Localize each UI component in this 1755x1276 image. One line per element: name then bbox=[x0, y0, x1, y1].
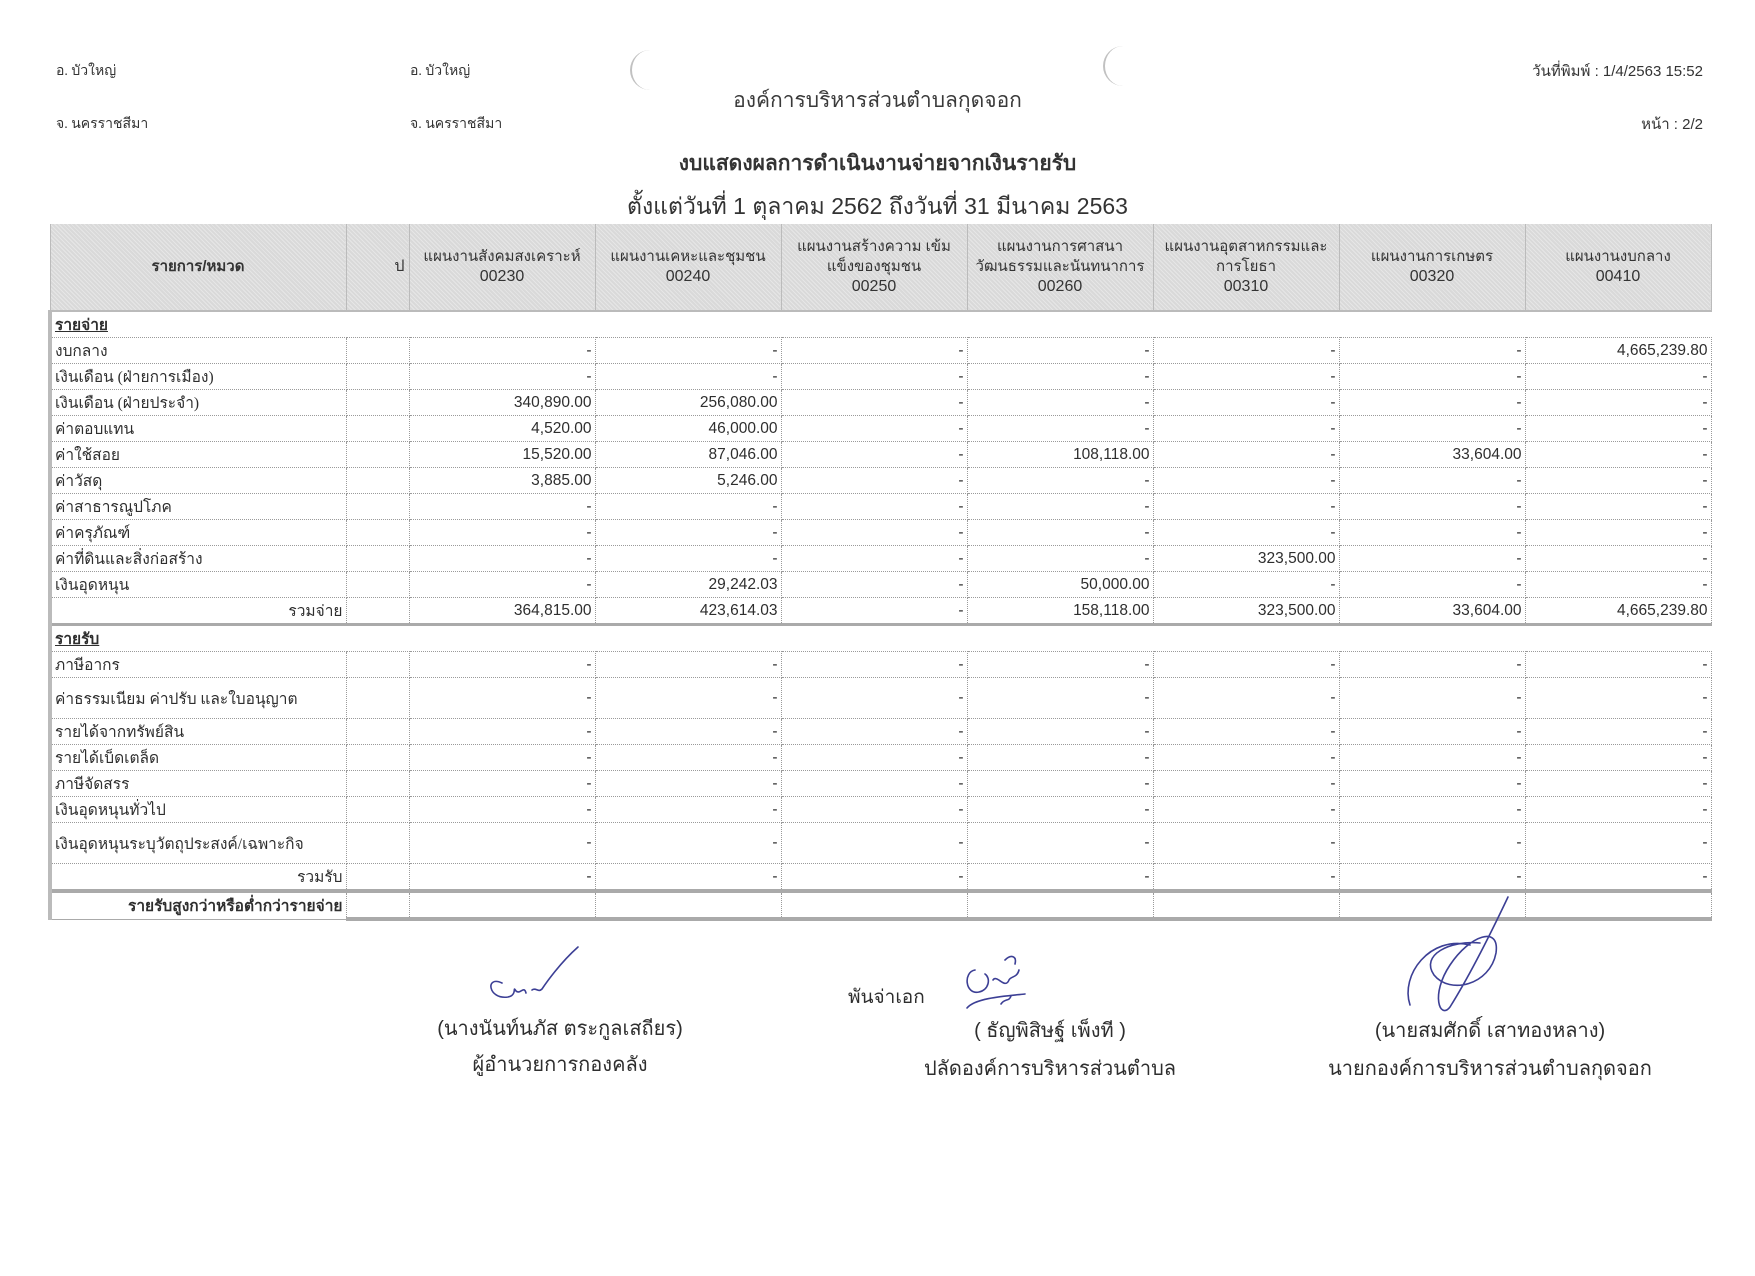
amount-cell: 323,500.00 bbox=[1153, 598, 1339, 625]
amount-cell: - bbox=[967, 364, 1153, 390]
amount-cell: - bbox=[1153, 652, 1339, 678]
amount-cell: - bbox=[409, 864, 595, 892]
amount-cell: - bbox=[781, 652, 967, 678]
column-header-code: 00310 bbox=[1158, 277, 1335, 297]
amount-cell: - bbox=[1339, 338, 1525, 364]
table-row: เงินอุดหนุน-29,242.03-50,000.00--- bbox=[50, 572, 1711, 598]
column-header-00240: แผนงานเคหะและชุมชน00240 bbox=[595, 224, 781, 311]
amount-cell: - bbox=[781, 771, 967, 797]
amount-cell: - bbox=[1339, 864, 1525, 892]
row-label: รวมรับ bbox=[50, 864, 346, 892]
amount-cell: - bbox=[967, 520, 1153, 546]
amount-cell: - bbox=[595, 546, 781, 572]
p-cell bbox=[346, 598, 409, 625]
amount-cell: - bbox=[781, 468, 967, 494]
column-header-00230: แผนงานสังคมสงเคราะห์00230 bbox=[409, 224, 595, 311]
column-header-00250: แผนงานสร้างความ เข้มแข็งของชุมชน00250 bbox=[781, 224, 967, 311]
signer-2-name: ( ธัญพิสิษฐ์ เพ็งที ) bbox=[880, 1014, 1220, 1048]
column-header-00320: แผนงานการเกษตร00320 bbox=[1339, 224, 1525, 311]
table-row: รวมรับ------- bbox=[50, 864, 1711, 892]
signer-3-name: (นายสมศักดิ์ เสาทองหลาง) bbox=[1300, 1014, 1680, 1048]
p-cell bbox=[346, 797, 409, 823]
amount-cell: - bbox=[1153, 338, 1339, 364]
row-label: เงินเดือน (ฝ่ายประจำ) bbox=[50, 390, 346, 416]
amount-cell: - bbox=[781, 823, 967, 864]
amount-cell: - bbox=[1339, 678, 1525, 719]
amount-cell: - bbox=[1339, 823, 1525, 864]
signature-finance-director bbox=[480, 945, 600, 1005]
amount-cell: - bbox=[595, 652, 781, 678]
amount-cell: - bbox=[1525, 390, 1711, 416]
amount-cell: - bbox=[781, 416, 967, 442]
amount-cell: - bbox=[1339, 745, 1525, 771]
table-row: ภาษีอากร------- bbox=[50, 652, 1711, 678]
amount-cell: - bbox=[1339, 719, 1525, 745]
table-row: ค่าวัสดุ3,885.005,246.00----- bbox=[50, 468, 1711, 494]
table-row: ภาษีจัดสรร------- bbox=[50, 771, 1711, 797]
amount-cell: - bbox=[1525, 771, 1711, 797]
amount-cell: 256,080.00 bbox=[595, 390, 781, 416]
table-row: เงินอุดหนุนระบุวัตถุประสงค์/เฉพาะกิจ----… bbox=[50, 823, 1711, 864]
amount-cell: - bbox=[1153, 678, 1339, 719]
amount-cell: - bbox=[1525, 823, 1711, 864]
amount-cell: - bbox=[781, 364, 967, 390]
amount-cell: 33,604.00 bbox=[1339, 598, 1525, 625]
amount-cell: 15,520.00 bbox=[409, 442, 595, 468]
amount-cell: - bbox=[1153, 719, 1339, 745]
amount-cell: 4,665,239.80 bbox=[1525, 338, 1711, 364]
row-label: เงินอุดหนุนทั่วไป bbox=[50, 797, 346, 823]
column-header-00310: แผนงานอุตสาหกรรมและ การโยธา00310 bbox=[1153, 224, 1339, 311]
p-cell bbox=[346, 678, 409, 719]
amount-cell: - bbox=[409, 572, 595, 598]
amount-cell: - bbox=[781, 572, 967, 598]
amount-cell: - bbox=[595, 745, 781, 771]
amount-cell: - bbox=[409, 823, 595, 864]
amount-cell: - bbox=[409, 494, 595, 520]
p-cell bbox=[346, 652, 409, 678]
row-label: งบกลาง bbox=[50, 338, 346, 364]
amount-cell: - bbox=[1153, 771, 1339, 797]
amount-cell: 4,665,239.80 bbox=[1525, 598, 1711, 625]
amount-cell: - bbox=[1339, 771, 1525, 797]
amount-cell: 340,890.00 bbox=[409, 390, 595, 416]
amount-cell: - bbox=[1339, 520, 1525, 546]
amount-cell: - bbox=[781, 745, 967, 771]
organization-name: องค์การบริหารส่วนตำบลกุดจอก bbox=[0, 84, 1755, 117]
amount-cell: - bbox=[409, 546, 595, 572]
row-label: ค่าธรรมเนียม ค่าปรับ และใบอนุญาต bbox=[50, 678, 346, 719]
table-row: ค่าใช้สอย15,520.0087,046.00-108,118.00-3… bbox=[50, 442, 1711, 468]
amount-cell: - bbox=[1525, 678, 1711, 719]
amount-cell: - bbox=[1339, 572, 1525, 598]
row-label: รายรับสูงกว่าหรือต่ำกว่ารายจ่าย bbox=[50, 891, 346, 919]
amount-cell: - bbox=[1153, 823, 1339, 864]
amount-cell: - bbox=[1153, 797, 1339, 823]
column-header-code: 00250 bbox=[786, 277, 963, 297]
amount-cell: - bbox=[781, 864, 967, 892]
punch-hole-mark bbox=[1103, 46, 1133, 86]
p-cell bbox=[346, 520, 409, 546]
amount-cell bbox=[1153, 891, 1339, 919]
row-label: รายได้จากทรัพย์สิน bbox=[50, 719, 346, 745]
amount-cell: - bbox=[967, 494, 1153, 520]
amount-cell: - bbox=[967, 416, 1153, 442]
table-row: ค่าธรรมเนียม ค่าปรับ และใบอนุญาต------- bbox=[50, 678, 1711, 719]
signature-chief-administrator bbox=[945, 950, 1055, 1020]
amount-cell: - bbox=[1525, 494, 1711, 520]
amount-cell: - bbox=[409, 745, 595, 771]
amount-cell: - bbox=[1339, 468, 1525, 494]
section-header-row: รายจ่าย bbox=[50, 311, 1711, 338]
column-header-name: แผนงานงบกลาง bbox=[1530, 247, 1707, 267]
amount-cell: - bbox=[1525, 572, 1711, 598]
district-left: อ. บัวใหญ่ bbox=[56, 60, 116, 82]
amount-cell: - bbox=[781, 598, 967, 625]
row-label: ภาษีจัดสรร bbox=[50, 771, 346, 797]
section-label: รายจ่าย bbox=[50, 311, 346, 338]
section-header-row: รายรับ bbox=[50, 625, 1711, 652]
amount-cell bbox=[595, 891, 781, 919]
amount-cell: - bbox=[409, 520, 595, 546]
row-label: ค่าตอบแทน bbox=[50, 416, 346, 442]
p-cell bbox=[346, 364, 409, 390]
p-cell bbox=[346, 823, 409, 864]
amount-cell: - bbox=[409, 678, 595, 719]
amount-cell: - bbox=[967, 797, 1153, 823]
amount-cell: - bbox=[781, 520, 967, 546]
row-label: ค่าสาธารณูปโภค bbox=[50, 494, 346, 520]
amount-cell: - bbox=[1153, 745, 1339, 771]
amount-cell bbox=[781, 891, 967, 919]
table-row: ค่าครุภัณฑ์------- bbox=[50, 520, 1711, 546]
amount-cell: - bbox=[1153, 520, 1339, 546]
amount-cell: - bbox=[1525, 652, 1711, 678]
section-fill bbox=[346, 625, 1711, 652]
amount-cell: - bbox=[1153, 468, 1339, 494]
row-label: เงินอุดหนุนระบุวัตถุประสงค์/เฉพาะกิจ bbox=[50, 823, 346, 864]
report-title: งบแสดงผลการดำเนินงานจ่ายจากเงินรายรับ bbox=[0, 147, 1755, 180]
amount-cell: - bbox=[409, 797, 595, 823]
column-header-code: 00260 bbox=[972, 277, 1149, 297]
p-cell bbox=[346, 390, 409, 416]
amount-cell: - bbox=[781, 338, 967, 364]
amount-cell: 423,614.03 bbox=[595, 598, 781, 625]
amount-cell: - bbox=[1525, 546, 1711, 572]
p-cell bbox=[346, 546, 409, 572]
amount-cell: - bbox=[1153, 572, 1339, 598]
column-header-category: รายการ/หมวด bbox=[50, 224, 346, 311]
row-label: รายได้เบ็ดเตล็ด bbox=[50, 745, 346, 771]
amount-cell: - bbox=[1339, 364, 1525, 390]
amount-cell: - bbox=[1525, 864, 1711, 892]
amount-cell: - bbox=[1339, 416, 1525, 442]
column-header-code: 00320 bbox=[1344, 267, 1521, 287]
amount-cell: - bbox=[967, 719, 1153, 745]
p-cell bbox=[346, 338, 409, 364]
amount-cell: - bbox=[1339, 390, 1525, 416]
amount-cell: - bbox=[781, 797, 967, 823]
amount-cell: - bbox=[967, 546, 1153, 572]
amount-cell: 29,242.03 bbox=[595, 572, 781, 598]
p-cell bbox=[346, 494, 409, 520]
row-label: ภาษีอากร bbox=[50, 652, 346, 678]
amount-cell: - bbox=[781, 546, 967, 572]
table-row: ค่าสาธารณูปโภค------- bbox=[50, 494, 1711, 520]
amount-cell: - bbox=[967, 864, 1153, 892]
amount-cell: - bbox=[595, 797, 781, 823]
table-row: ค่าที่ดินและสิ่งก่อสร้าง----323,500.00-- bbox=[50, 546, 1711, 572]
amount-cell: - bbox=[409, 771, 595, 797]
row-label: ค่าที่ดินและสิ่งก่อสร้าง bbox=[50, 546, 346, 572]
signature-mayor bbox=[1390, 895, 1540, 1020]
amount-cell: - bbox=[409, 652, 595, 678]
amount-cell: - bbox=[595, 494, 781, 520]
section-label: รายรับ bbox=[50, 625, 346, 652]
amount-cell: - bbox=[595, 520, 781, 546]
amount-cell: 323,500.00 bbox=[1153, 546, 1339, 572]
row-label: ค่าใช้สอย bbox=[50, 442, 346, 468]
amount-cell: - bbox=[1525, 520, 1711, 546]
table-row: รายได้จากทรัพย์สิน------- bbox=[50, 719, 1711, 745]
column-header-name: แผนงานเคหะและชุมชน bbox=[600, 247, 777, 267]
amount-cell: 158,118.00 bbox=[967, 598, 1153, 625]
amount-cell bbox=[409, 891, 595, 919]
amount-cell: - bbox=[1339, 494, 1525, 520]
section-fill bbox=[346, 311, 1711, 338]
amount-cell: - bbox=[1153, 416, 1339, 442]
table-header-row: รายการ/หมวด ป แผนงานสังคมสงเคราะห์00230แ… bbox=[50, 224, 1711, 311]
table-row: ค่าตอบแทน4,520.0046,000.00----- bbox=[50, 416, 1711, 442]
amount-cell: - bbox=[1153, 442, 1339, 468]
amount-cell: - bbox=[967, 771, 1153, 797]
amount-cell: - bbox=[1153, 364, 1339, 390]
table-row: เงินอุดหนุนทั่วไป------- bbox=[50, 797, 1711, 823]
amount-cell: - bbox=[967, 678, 1153, 719]
amount-cell: - bbox=[967, 745, 1153, 771]
amount-cell: - bbox=[1339, 652, 1525, 678]
amount-cell: - bbox=[409, 719, 595, 745]
amount-cell: - bbox=[1525, 364, 1711, 390]
p-cell bbox=[346, 468, 409, 494]
table-row: รวมจ่าย364,815.00423,614.03-158,118.0032… bbox=[50, 598, 1711, 625]
column-header-name: แผนงานสังคมสงเคราะห์ bbox=[414, 247, 591, 267]
amount-cell bbox=[1525, 891, 1711, 919]
amount-cell: - bbox=[781, 442, 967, 468]
column-header-name: แผนงานการศาสนา วัฒนธรรมและนันทนาการ bbox=[972, 237, 1149, 277]
amount-cell: - bbox=[1525, 719, 1711, 745]
amount-cell: - bbox=[781, 678, 967, 719]
report-table: รายการ/หมวด ป แผนงานสังคมสงเคราะห์00230แ… bbox=[48, 224, 1712, 921]
row-label: รวมจ่าย bbox=[50, 598, 346, 625]
amount-cell: - bbox=[1153, 864, 1339, 892]
column-header-00260: แผนงานการศาสนา วัฒนธรรมและนันทนาการ00260 bbox=[967, 224, 1153, 311]
signer-2-position: ปลัดองค์การบริหารส่วนตำบล bbox=[880, 1052, 1220, 1086]
p-cell bbox=[346, 416, 409, 442]
amount-cell: - bbox=[595, 864, 781, 892]
table-row: รายได้เบ็ดเตล็ด------- bbox=[50, 745, 1711, 771]
column-header-name: แผนงานสร้างความ เข้มแข็งของชุมชน bbox=[786, 237, 963, 277]
amount-cell: - bbox=[1153, 390, 1339, 416]
amount-cell: - bbox=[595, 364, 781, 390]
amount-cell bbox=[967, 891, 1153, 919]
column-header-name: แผนงานอุตสาหกรรมและ การโยธา bbox=[1158, 237, 1335, 277]
signer-2-rank: พันจ่าเอก bbox=[848, 981, 925, 1015]
amount-cell: - bbox=[781, 494, 967, 520]
p-cell bbox=[346, 864, 409, 892]
p-cell bbox=[346, 745, 409, 771]
signer-3-position: นายกองค์การบริหารส่วนตำบลกุดจอก bbox=[1300, 1052, 1680, 1086]
amount-cell: - bbox=[595, 771, 781, 797]
district-mid: อ. บัวใหญ่ bbox=[410, 60, 470, 82]
amount-cell: - bbox=[1153, 494, 1339, 520]
amount-cell: - bbox=[967, 823, 1153, 864]
column-header-name: แผนงานการเกษตร bbox=[1344, 247, 1521, 267]
amount-cell: - bbox=[595, 678, 781, 719]
amount-cell: - bbox=[967, 338, 1153, 364]
column-header-p: ป bbox=[346, 224, 409, 311]
amount-cell: 3,885.00 bbox=[409, 468, 595, 494]
amount-cell: 46,000.00 bbox=[595, 416, 781, 442]
amount-cell: 87,046.00 bbox=[595, 442, 781, 468]
p-cell bbox=[346, 891, 409, 919]
table-row: เงินเดือน (ฝ่ายประจำ)340,890.00256,080.0… bbox=[50, 390, 1711, 416]
amount-cell: - bbox=[1339, 797, 1525, 823]
amount-cell: - bbox=[1525, 745, 1711, 771]
report-period: ตั้งแต่วันที่ 1 ตุลาคม 2562 ถึงวันที่ 31… bbox=[0, 189, 1755, 225]
amount-cell: 5,246.00 bbox=[595, 468, 781, 494]
column-header-00410: แผนงานงบกลาง00410 bbox=[1525, 224, 1711, 311]
amount-cell: - bbox=[409, 338, 595, 364]
table-row: งบกลาง------4,665,239.80 bbox=[50, 338, 1711, 364]
p-cell bbox=[346, 442, 409, 468]
p-cell bbox=[346, 572, 409, 598]
amount-cell: 50,000.00 bbox=[967, 572, 1153, 598]
amount-cell: - bbox=[967, 390, 1153, 416]
amount-cell: 108,118.00 bbox=[967, 442, 1153, 468]
amount-cell: - bbox=[1525, 468, 1711, 494]
column-header-code: 00240 bbox=[600, 267, 777, 287]
column-header-code: 00230 bbox=[414, 267, 591, 287]
amount-cell: - bbox=[781, 719, 967, 745]
amount-cell: - bbox=[1339, 546, 1525, 572]
amount-cell: - bbox=[409, 364, 595, 390]
amount-cell: - bbox=[595, 823, 781, 864]
amount-cell: - bbox=[967, 468, 1153, 494]
amount-cell: - bbox=[967, 652, 1153, 678]
amount-cell: - bbox=[595, 719, 781, 745]
p-cell bbox=[346, 719, 409, 745]
signer-1-position: ผู้อำนวยการกองคลัง bbox=[410, 1048, 710, 1082]
p-cell bbox=[346, 771, 409, 797]
amount-cell: - bbox=[781, 390, 967, 416]
amount-cell: 364,815.00 bbox=[409, 598, 595, 625]
amount-cell: - bbox=[1525, 442, 1711, 468]
amount-cell: 33,604.00 bbox=[1339, 442, 1525, 468]
amount-cell: - bbox=[1525, 797, 1711, 823]
table-row: เงินเดือน (ฝ่ายการเมือง)------- bbox=[50, 364, 1711, 390]
column-header-code: 00410 bbox=[1530, 267, 1707, 287]
row-label: เงินเดือน (ฝ่ายการเมือง) bbox=[50, 364, 346, 390]
row-label: ค่าครุภัณฑ์ bbox=[50, 520, 346, 546]
signer-1-name: (นางนันท์นภัส ตระกูลเสถียร) bbox=[410, 1012, 710, 1046]
amount-cell: 4,520.00 bbox=[409, 416, 595, 442]
amount-cell: - bbox=[595, 338, 781, 364]
row-label: ค่าวัสดุ bbox=[50, 468, 346, 494]
row-label: เงินอุดหนุน bbox=[50, 572, 346, 598]
amount-cell: - bbox=[1525, 416, 1711, 442]
print-date: วันที่พิมพ์ : 1/4/2563 15:52 bbox=[1532, 59, 1703, 83]
